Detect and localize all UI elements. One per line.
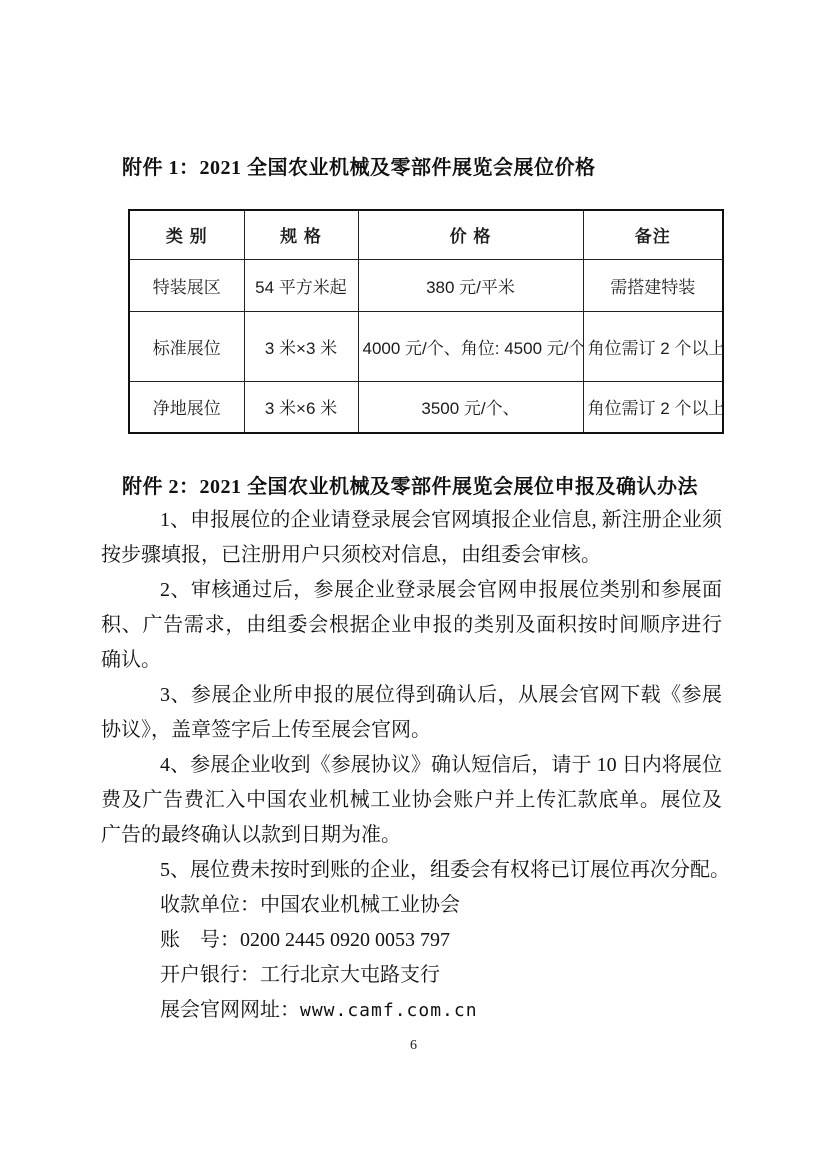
paragraph-line: 按步骤填报，已注册用户只须校对信息，由组委会审核。 (101, 538, 722, 573)
cell-spec: 54 平方米起 (244, 259, 358, 311)
cell-remark: 角位需订 2 个以上 (583, 311, 723, 381)
paragraph-line: 广告的最终确认以款到日期为准。 (101, 818, 722, 853)
website-url: www.camf.com.cn (300, 1000, 478, 1021)
paragraph-line: 3、参展企业所申报的展位得到确认后，从展会官网下载《参展 (101, 678, 722, 713)
paragraph-line: 费及广告费汇入中国农业机械工业协会账户并上传汇款底单。展位及 (101, 783, 722, 818)
cell-spec: 3 米×6 米 (244, 381, 358, 433)
table-row: 特装展区 54 平方米起 380 元/平米 需搭建特装 (129, 259, 723, 311)
website-label: 展会官网网址： (160, 999, 300, 1021)
document-page: { "doc": { "attachment1": { "title": "附件… (0, 0, 827, 1170)
cell-remark: 角位需订 2 个以上 (583, 381, 723, 433)
paragraph-line: 协议》，盖章签字后上传至展会官网。 (101, 713, 722, 748)
bank-line: 开户银行：工行北京大屯路支行 (101, 958, 722, 993)
cell-category: 标准展位 (129, 311, 244, 381)
attachment2-title: 附件 2：2021 全国农业机械及零部件展览会展位申报及确认办法 (122, 475, 722, 499)
page-content: 附件 1：2021 全国农业机械及零部件展览会展位价格 类 别 规 格 价 格 … (101, 0, 722, 1028)
cell-remark: 需搭建特装 (583, 259, 723, 311)
table-row: 净地展位 3 米×6 米 3500 元/个、 角位需订 2 个以上 (129, 381, 723, 433)
table-row: 标准展位 3 米×3 米 4000 元/个、角位: 4500 元/个 角位需订 … (129, 311, 723, 381)
paragraph-line: 1、申报展位的企业请登录展会官网填报企业信息, 新注册企业须 (101, 503, 722, 538)
attachment1-title: 附件 1：2021 全国农业机械及零部件展览会展位价格 (122, 156, 722, 180)
paragraph-line: 确认。 (101, 643, 722, 678)
table-header-row: 类 别 规 格 价 格 备注 (129, 210, 723, 259)
paragraph-line: 2、审核通过后，参展企业登录展会官网申报展位类别和参展面 (101, 573, 722, 608)
cell-category: 净地展位 (129, 381, 244, 433)
header-category: 类 别 (129, 210, 244, 259)
paragraph-line: 5、展位费未按时到账的企业，组委会有权将已订展位再次分配。 (101, 853, 722, 888)
header-price: 价 格 (358, 210, 583, 259)
cell-price: 3500 元/个、 (358, 381, 583, 433)
website-line: 展会官网网址：www.camf.com.cn (101, 993, 722, 1028)
paragraph-line: 积、广告需求，由组委会根据企业申报的类别及面积按时间顺序进行 (101, 608, 722, 643)
cell-category: 特装展区 (129, 259, 244, 311)
attachment2-body: 1、申报展位的企业请登录展会官网填报企业信息, 新注册企业须 按步骤填报，已注册… (101, 503, 722, 1028)
paragraph-line: 4、参展企业收到《参展协议》确认短信后，请于 10 日内将展位 (101, 748, 722, 783)
header-spec: 规 格 (244, 210, 358, 259)
account-number-line: 账 号：0200 2445 0920 0053 797 (101, 923, 722, 958)
cell-spec: 3 米×3 米 (244, 311, 358, 381)
cell-price: 380 元/平米 (358, 259, 583, 311)
header-remark: 备注 (583, 210, 723, 259)
booth-price-table: 类 别 规 格 价 格 备注 特装展区 54 平方米起 380 元/平米 需搭建… (128, 209, 724, 434)
cell-price: 4000 元/个、角位: 4500 元/个 (358, 311, 583, 381)
page-number: 6 (0, 1038, 827, 1054)
payee-line: 收款单位：中国农业机械工业协会 (101, 888, 722, 923)
